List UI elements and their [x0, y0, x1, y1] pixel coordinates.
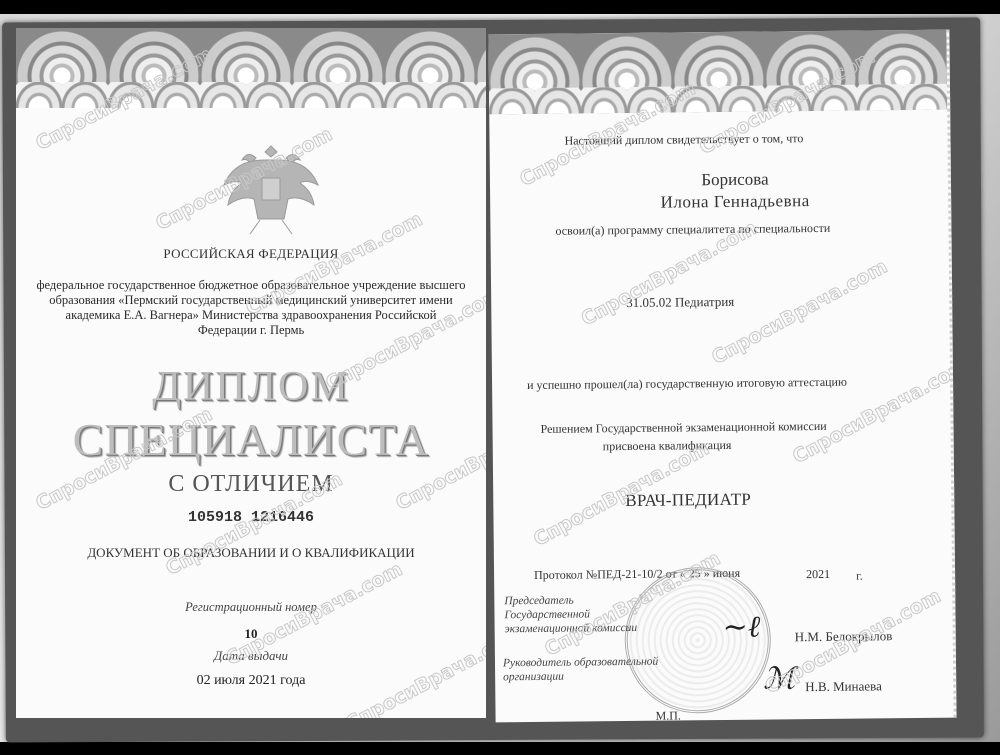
chair-name: Н.М. Белокрылов — [795, 628, 893, 645]
watermark: СпросиВрача.com — [789, 355, 956, 468]
seal-label: М.П. — [655, 708, 680, 722]
passed-attestation-text: и успешно прошел(ла) государственную ито… — [527, 375, 847, 393]
mastered-program-text: освоил(а) программу специалитета по спец… — [555, 221, 830, 239]
federation-heading: РОССИЙСКАЯ ФЕДЕРАЦИЯ — [16, 246, 486, 262]
registration-number: 10 — [16, 626, 486, 642]
protocol-year: 2021 — [806, 567, 830, 582]
issue-date: 02 июля 2021 года — [16, 673, 486, 689]
holder-given-names: Илона Геннадьевна — [570, 190, 900, 213]
registration-label: Регистрационный номер — [16, 600, 486, 615]
honors-label: С ОТЛИЧИЕМ — [16, 471, 486, 498]
head-label: Руководитель образовательной организации — [503, 655, 673, 685]
specialty: 31.05.02 Педиатрия — [626, 294, 734, 311]
diploma-subtitle: СПЕЦИАЛИСТА — [16, 413, 486, 466]
chair-label: Председатель Государственной экзаменацио… — [504, 593, 644, 636]
ornamental-border — [488, 30, 947, 115]
holder-surname: Борисова — [570, 168, 900, 191]
coat-of-arms-icon — [216, 138, 326, 238]
certifies-text: Настоящий диплом свидетельствует о том, … — [564, 131, 803, 148]
qualification: ВРАЧ-ПЕДИАТР — [625, 490, 751, 511]
qualification-assigned-text: присвоена квалификация — [603, 438, 732, 454]
watermark: СпросиВрача.com — [708, 256, 891, 369]
commission-decision-text: Решением Государственной экзаменационной… — [540, 419, 826, 437]
document-type: ДОКУМЕНТ ОБ ОБРАЗОВАНИИ И О КВАЛИФИКАЦИИ — [16, 545, 486, 561]
ornamental-border — [16, 28, 486, 108]
organization-name: федеральное государственное бюджетное об… — [36, 278, 466, 338]
head-signature: ℳ — [763, 661, 795, 696]
diploma-right-page: Настоящий диплом свидетельствует о том, … — [488, 30, 956, 723]
head-name: Н.В. Минаева — [805, 678, 882, 695]
issue-date-label: Дата выдачи — [16, 648, 486, 664]
serial-number: 105918 1216446 — [16, 509, 486, 526]
diploma-left-page: РОССИЙСКАЯ ФЕДЕРАЦИЯ федеральное государ… — [16, 28, 486, 718]
chair-signature: ~ℓ — [722, 610, 760, 645]
diploma-title: ДИПЛОМ — [16, 363, 486, 411]
protocol-year-suffix: г. — [856, 569, 863, 584]
